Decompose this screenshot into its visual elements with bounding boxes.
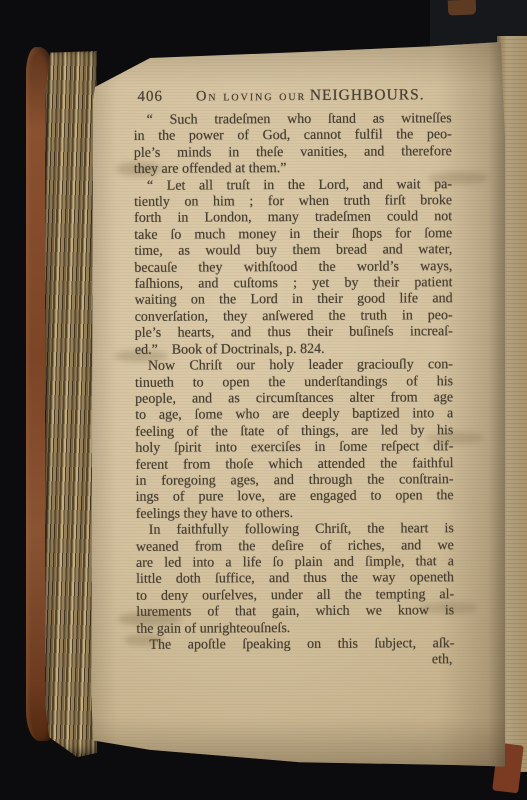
page-edge-stack [45, 44, 97, 760]
book-page: 406 On loving our NEIGHBOURS. “ Such tra… [88, 42, 505, 768]
cover-corner-tab [448, 0, 477, 15]
book-photo: 406 On loving our NEIGHBOURS. “ Such tra… [0, 0, 527, 800]
page-shading [88, 42, 505, 768]
